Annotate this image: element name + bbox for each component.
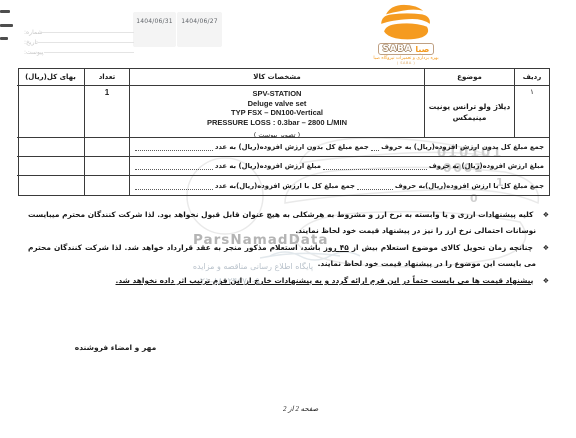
logo-subcaption: ( SABA ): [397, 61, 415, 65]
sum-row-without-vat: جمع مبلغ کل بدون ارزش افزوده(ریال) به حر…: [129, 138, 549, 157]
sum-row2-qty-cell: [84, 157, 129, 176]
letterhead-attachment-label: پیوست:: [24, 49, 44, 56]
saba-latin-text: SABA: [383, 44, 413, 54]
item-total-price-cell: [17, 86, 84, 138]
spec-line-4: PRESSURE LOSS : 0.3bar – 2800 L/MIN: [207, 118, 347, 128]
vat-number-label: مبلغ ارزش افزوده(ریال) به عدد: [215, 162, 321, 170]
letterhead-date-line: [38, 42, 134, 43]
dotted-fill-line: [323, 162, 427, 170]
scan-edge-mark: [0, 24, 13, 27]
item-qty-value: 1: [105, 88, 109, 97]
letterhead-date-label: تاریخ:: [24, 39, 38, 46]
header-qty: تعداد: [84, 69, 129, 86]
spec-line-2: Deluge valve set: [248, 99, 307, 109]
sum-row2-price-cell: [17, 157, 84, 176]
item-row-number: ۱: [514, 86, 549, 138]
sum-row1-qty-cell: [84, 138, 129, 157]
company-logo: SABA صبا بهره برداری و تعمیرات نیروگاه ص…: [350, 2, 462, 65]
spec-line-3: TYP FSX – DN100-Vertical: [231, 108, 323, 118]
sum-without-vat-words-label: جمع مبلغ کل بدون ارزش افزوده(ریال) به حر…: [381, 143, 544, 151]
saba-logo-text: SABA صبا: [378, 43, 435, 55]
letterhead-number-row: شماره:: [24, 28, 136, 36]
note-3-underlined: پیشنهاد قیمت ها می بایست حتماً در این فر…: [116, 276, 534, 285]
header-subject: موضوع: [424, 69, 514, 86]
page-number: صفحه 2 از 2: [283, 405, 318, 413]
quotation-table: ردیف موضوع مشخصات کالا تعداد بهای کل(ریا…: [18, 68, 550, 196]
vat-words-label: مبلغ ارزش افزوده(ریال) به حروف: [429, 162, 544, 170]
header-total-price: بهای کل(ریال): [17, 69, 84, 86]
seller-signature-label: مهر و امضاء فروشنده: [68, 343, 163, 352]
spec-attachment-note: ( تصویر پیوست ): [254, 131, 300, 138]
diamond-bullet-icon: ❖: [540, 274, 549, 289]
diamond-bullet-icon: ❖: [540, 208, 549, 223]
letterhead-date-row: تاریخ:: [24, 38, 136, 46]
saba-swirl-icon: [377, 2, 435, 42]
letterhead-attachment-line: [44, 52, 134, 53]
item-qty-cell: 1: [84, 86, 129, 138]
dotted-fill-line: [135, 182, 213, 190]
date-chip-2: 1404/06/27: [177, 12, 222, 47]
dotted-fill-line: [135, 162, 213, 170]
item-specs-cell: SPV-STATION Deluge valve set TYP FSX – D…: [129, 86, 424, 138]
note-2-underlined: ۴۵ روز: [324, 243, 349, 252]
note-form-requirement: ❖ پیشنهاد قیمت ها می بایست حتماً در این …: [28, 273, 549, 289]
header-specs: مشخصات کالا: [129, 69, 424, 86]
sum-with-vat-number-label: جمع مبلغ کل با ارزش افزوده(ریال)به عدد: [215, 182, 355, 190]
saba-persian-text: صبا: [415, 45, 429, 54]
sum-row3-price-cell: [17, 176, 84, 195]
scan-edge-mark: [0, 37, 8, 40]
item-subject-cell: دیلاژ ولو ترانس یونیت مینیمکس: [424, 86, 514, 138]
dotted-fill-line: [371, 143, 379, 151]
note-currency-offers: ❖ کلیه پیشنهادات ارزی و یا وابسته به نرخ…: [28, 207, 549, 238]
spec-line-1: SPV-STATION: [253, 89, 302, 99]
note-2-text-before: چنانچه زمان تحویل کالای موضوع استعلام بی…: [349, 243, 533, 252]
note-delivery-time: ❖ چنانچه زمان تحویل کالای موضوع استعلام …: [28, 240, 549, 271]
conditions-notes: ❖ کلیه پیشنهادات ارزی و یا وابسته به نرخ…: [28, 207, 549, 291]
sum-row3-qty-cell: [84, 176, 129, 195]
header-row-number: ردیف: [514, 69, 549, 86]
document-page: 1404/06/31 1404/06/27 شماره: تاریخ: پیوس…: [0, 0, 576, 438]
item-subject-line1: دیلاژ ولو ترانس یونیت: [429, 101, 511, 112]
item-row-number-value: ۱: [530, 88, 534, 96]
sum-row1-price-cell: [17, 138, 84, 157]
sum-row-with-vat: جمع مبلغ کل با ارزش افزوده(ریال)به حروف …: [129, 176, 549, 195]
letterhead-number-line: [42, 32, 134, 33]
dotted-fill-line: [135, 143, 213, 151]
diamond-bullet-icon: ❖: [540, 241, 549, 256]
letterhead-attachment-row: پیوست:: [24, 48, 136, 56]
date-chip-2-text: 1404/06/27: [181, 18, 218, 25]
dotted-fill-line: [357, 182, 393, 190]
item-subject-line2: مینیمکس: [429, 112, 511, 123]
sum-row-vat: مبلغ ارزش افزوده(ریال) به حروف مبلغ ارزش…: [129, 157, 549, 176]
scan-edge-mark: [0, 10, 10, 13]
date-chip-1-text: 1404/06/31: [136, 18, 173, 25]
note-1-text: کلیه پیشنهادات ارزی و یا وابسته به نرخ ا…: [28, 210, 536, 235]
letterhead-number-label: شماره:: [24, 29, 42, 36]
sum-with-vat-words-label: جمع مبلغ کل با ارزش افزوده(ریال)به حروف: [395, 182, 544, 190]
sum-without-vat-number-label: جمع مبلغ کل بدون ارزش افزوده(ریال) به عد…: [215, 143, 369, 151]
date-chip-1: 1404/06/31: [133, 12, 176, 47]
